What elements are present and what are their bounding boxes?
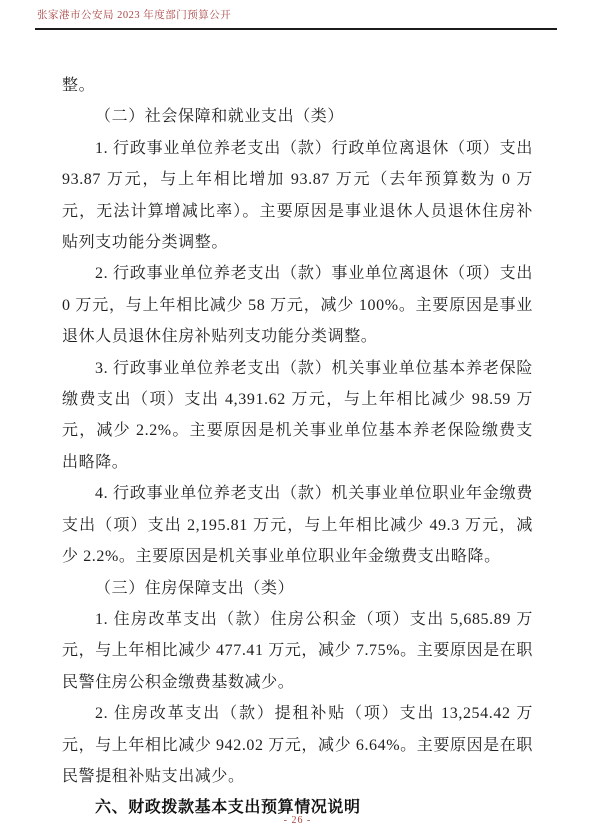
document-header: 张家港市公安局 2023 年度部门预算公开 <box>35 9 557 30</box>
page-number-footer: - 26 - <box>0 815 595 826</box>
header-title: 张家港市公安局 2023 年度部门预算公开 <box>35 9 557 23</box>
paragraph-pension-institution-retiree: 2. 行政事业单位养老支出（款）事业单位离退休（项）支出 0 万元，与上年相比减… <box>62 258 533 352</box>
subsection-heading-housing-security: （三）住房保障支出（类） <box>62 573 533 604</box>
paragraph-housing-fund: 1. 住房改革支出（款）住房公积金（项）支出 5,685.89 万元，与上年相比… <box>62 604 533 698</box>
subsection-heading-social-security: （二）社会保障和就业支出（类） <box>62 101 533 132</box>
paragraph-pension-admin-retiree: 1. 行政事业单位养老支出（款）行政单位离退休（项）支出 93.87 万元，与上… <box>62 133 533 259</box>
paragraph-occupational-annuity: 4. 行政事业单位养老支出（款）机关事业单位职业年金缴费支出（项）支出 2,19… <box>62 478 533 572</box>
paragraph-continuation: 整。 <box>62 70 533 101</box>
paragraph-basic-pension-insurance: 3. 行政事业单位养老支出（款）机关事业单位基本养老保险缴费支出（项）支出 4,… <box>62 353 533 479</box>
document-page: 张家港市公安局 2023 年度部门预算公开 整。 （二）社会保障和就业支出（类）… <box>0 0 595 838</box>
header-rule <box>35 28 557 30</box>
paragraph-rent-subsidy: 2. 住房改革支出（款）提租补贴（项）支出 13,254.42 万元，与上年相比… <box>62 698 533 792</box>
document-body: 整。 （二）社会保障和就业支出（类） 1. 行政事业单位养老支出（款）行政单位离… <box>62 70 533 824</box>
